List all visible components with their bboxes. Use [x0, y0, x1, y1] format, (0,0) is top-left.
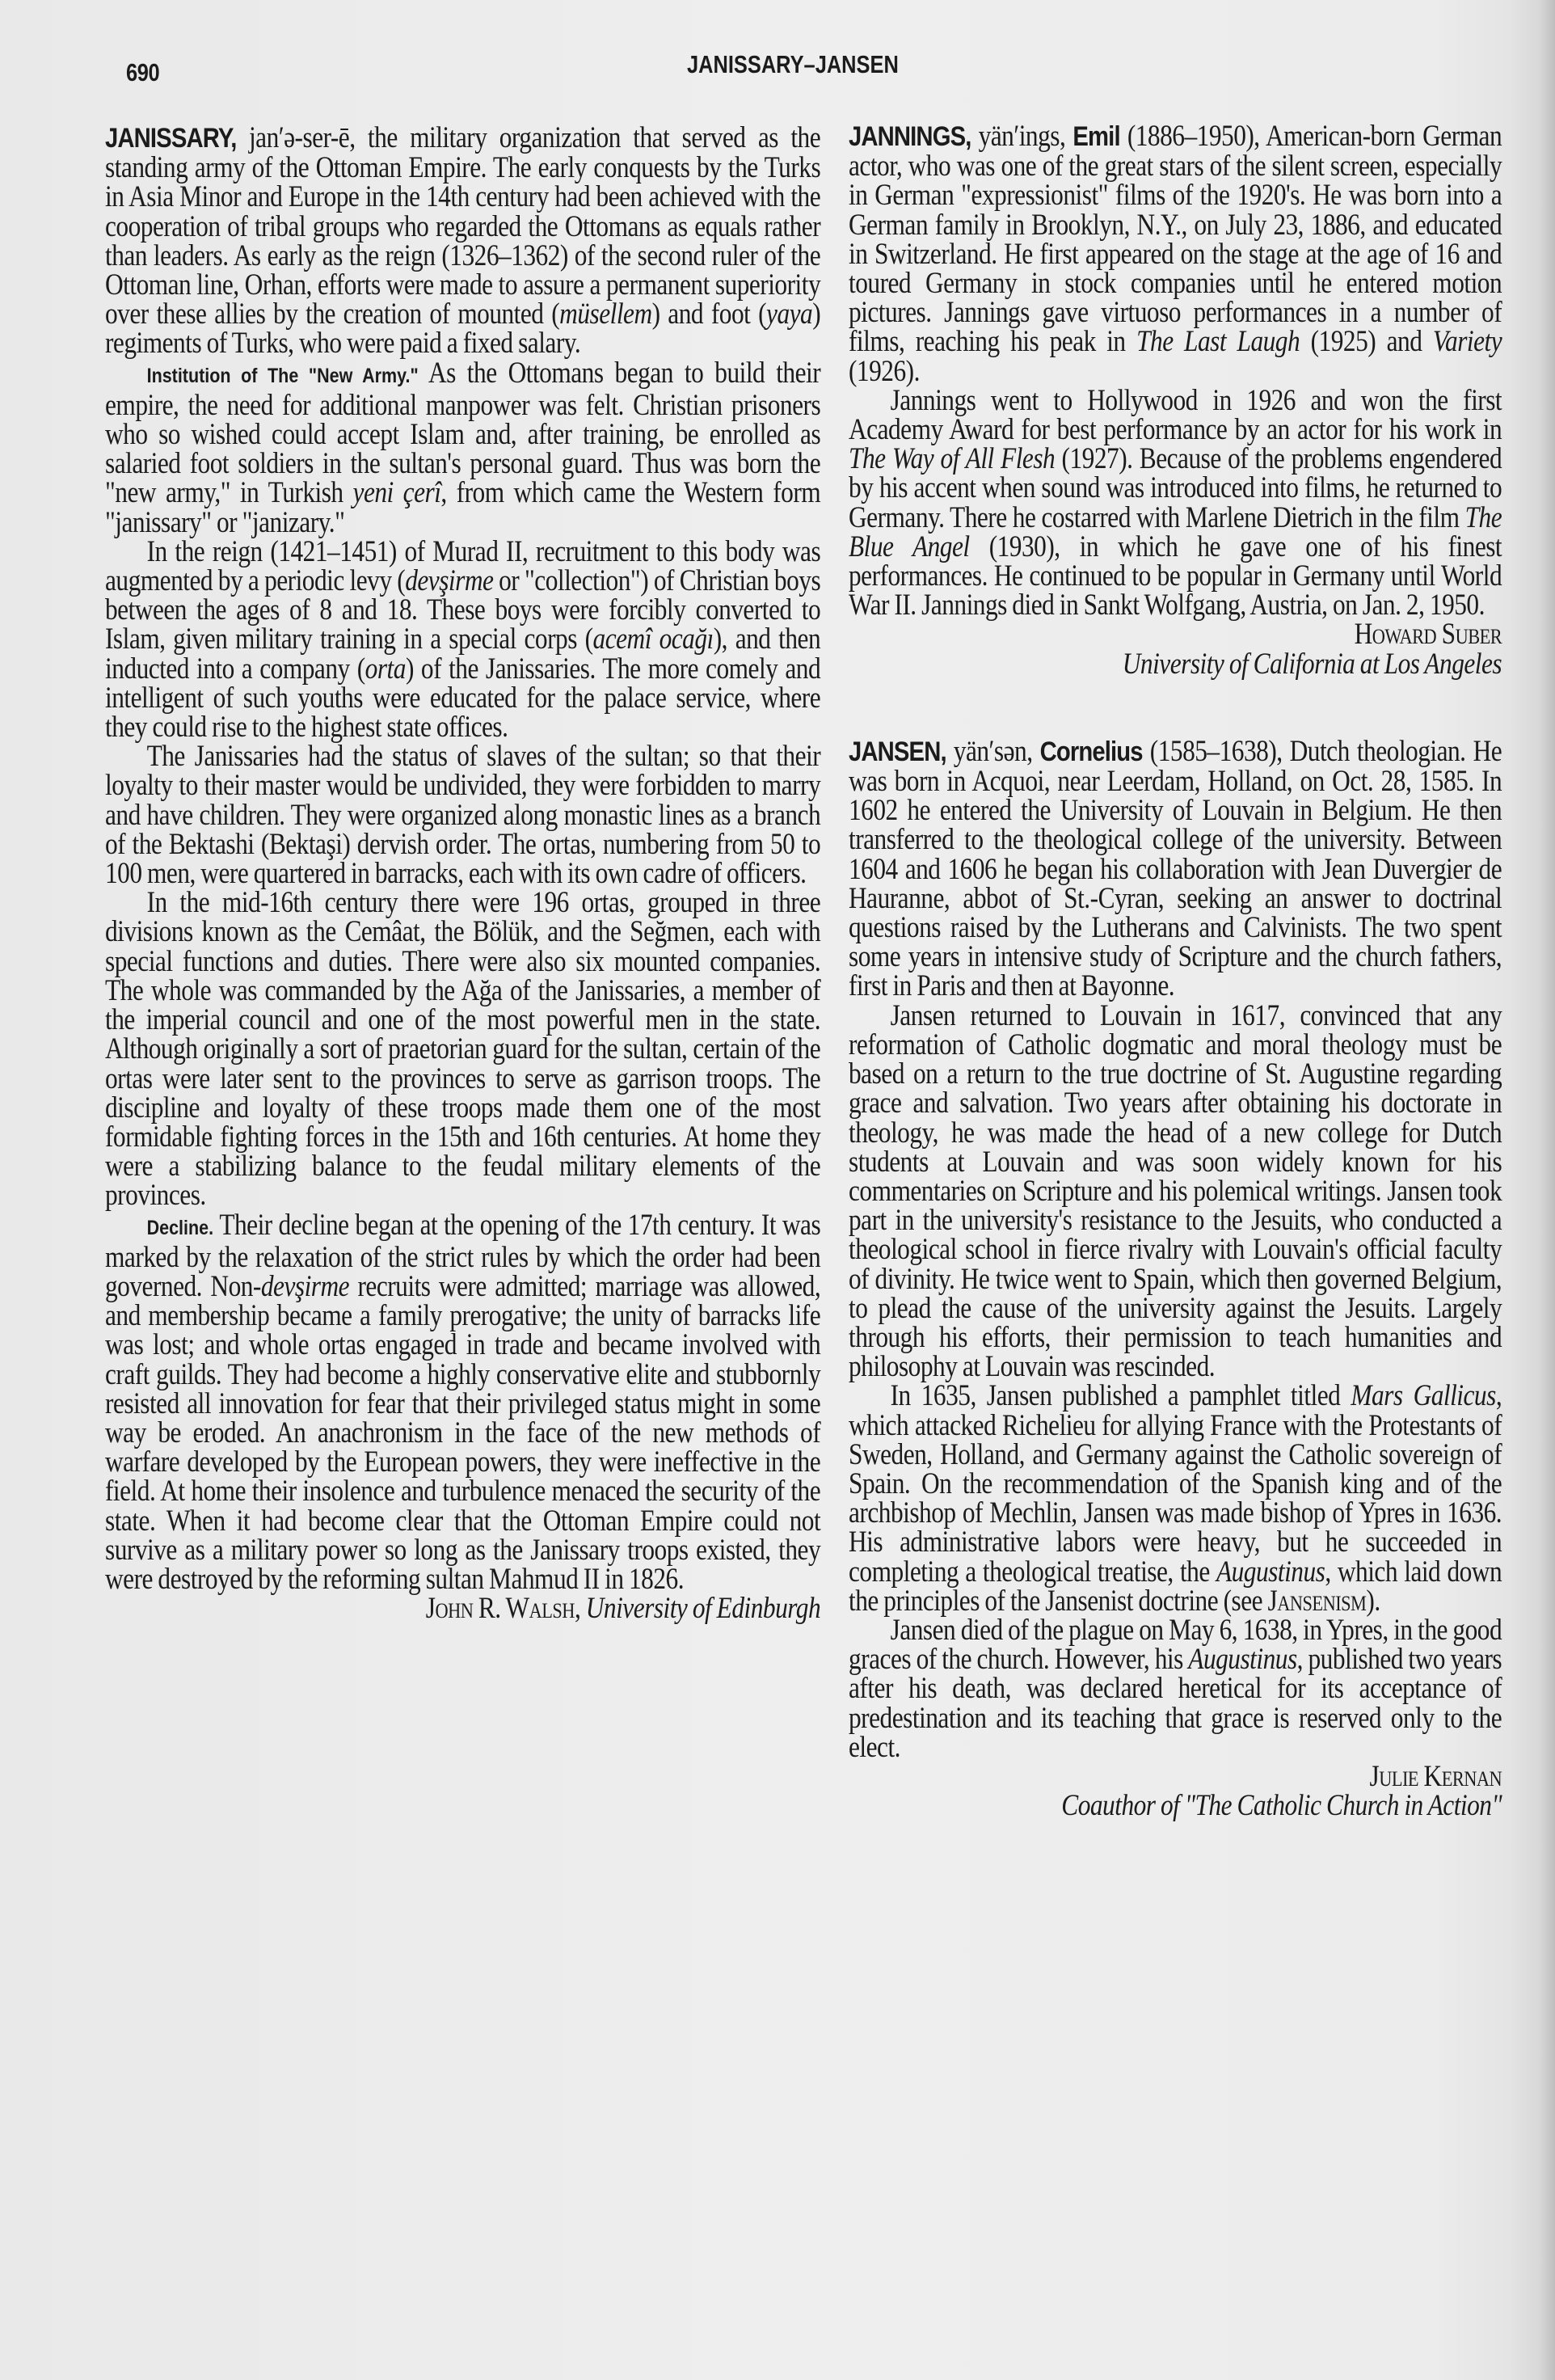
entry-janissary: JANISSARY, jan′ə-ser-ē, the military org… [105, 123, 820, 1623]
janissary-paragraph: The Janissaries had the status of slaves… [105, 741, 820, 888]
entry-spacer [849, 678, 1502, 736]
jansen-paragraph: Jansen died of the plague on May 6, 1638… [849, 1615, 1502, 1762]
jansen-paragraph: In 1635, Jansen published a pamphlet tit… [849, 1381, 1502, 1615]
body-text: ). [1366, 1584, 1380, 1617]
film-title: The Way of All Flesh [849, 441, 1055, 475]
jansen-paragraph: JANSEN, yän′sən, Cornelius (1585–1638), … [849, 736, 1502, 1001]
author-name-text: Julie Kernan [1370, 1759, 1502, 1792]
author-name: John R. Walsh [426, 1591, 575, 1624]
jannings-paragraph: Jannings went to Hollywood in 1926 and w… [849, 386, 1502, 620]
entry-jannings: JANNINGS, yän′ings, Emil (1886–1950), Am… [849, 121, 1502, 678]
janissary-section-decline: Decline. Their decline began at the open… [105, 1210, 820, 1594]
author-name: Howard Suber [849, 619, 1502, 648]
janissary-intro: JANISSARY, jan′ə-ser-ē, the military org… [105, 123, 820, 358]
author-affiliation-text: Coauthor of "The Catholic Church in Acti… [1061, 1788, 1502, 1821]
term: acemî ocağı [593, 622, 714, 655]
pronunciation: yän′ings, [971, 119, 1072, 152]
given-name: Emil [1072, 121, 1119, 152]
headword: JANSEN, [849, 736, 946, 767]
author-affiliation: University of Edinburgh [586, 1591, 820, 1624]
body-text: (1886–1950), American-born German actor,… [849, 119, 1502, 357]
term: müsellem [559, 297, 651, 330]
work-title: Augustinus [1216, 1555, 1325, 1588]
body-text: recruits were admitted; marriage was all… [105, 1269, 820, 1595]
running-head: JANISSARY–JANSEN [687, 50, 899, 79]
work-title: Mars Gallicus [1351, 1378, 1495, 1412]
work-title: Augustinus [1188, 1642, 1296, 1675]
given-name: Cornelius [1040, 736, 1143, 767]
body-text: (1926). [849, 354, 920, 387]
cross-reference-link[interactable]: Jansenism [1268, 1584, 1367, 1617]
author-affiliation: Coauthor of "The Catholic Church in Acti… [849, 1791, 1502, 1820]
term: devşirme [261, 1269, 349, 1302]
body-text: (1585–1638), Dutch theologian. He was bo… [849, 734, 1502, 1002]
term: yaya [766, 297, 812, 330]
pronunciation: jan′ə-ser-ē, [237, 120, 368, 154]
section-heading: Institution of The "New Army." [147, 365, 419, 387]
author-affiliation-text: University of California at Los Angeles [1123, 647, 1502, 680]
janissary-paragraph: In the reign (1421–1451) of Murad II, re… [105, 537, 820, 741]
left-column: JANISSARY, jan′ə-ser-ē, the military org… [105, 123, 820, 1623]
headword: JANISSARY, [105, 123, 237, 154]
jansen-paragraph: Jansen returned to Louvain in 1617, conv… [849, 1001, 1502, 1382]
author-signature: John R. Walsh, University of Edinburgh [105, 1593, 820, 1623]
term: yeni çerî [353, 475, 441, 508]
headword: JANNINGS, [849, 121, 971, 152]
body-text: In 1635, Jansen published a pamphlet tit… [891, 1378, 1351, 1412]
film-title: The Last Laugh [1136, 324, 1300, 357]
author-affiliation: University of California at Los Angeles [849, 649, 1502, 678]
jannings-paragraph: JANNINGS, yän′ings, Emil (1886–1950), Am… [849, 121, 1502, 386]
term: orta [365, 652, 406, 685]
encyclopedia-page: 690 JANISSARY–JANSEN JANISSARY, jan′ə-se… [0, 0, 1555, 2380]
term: devşirme [405, 563, 493, 597]
section-heading: Decline. [147, 1217, 213, 1239]
body-text: Jannings went to Hollywood in 1926 and w… [849, 383, 1502, 445]
entry-jansen: JANSEN, yän′sən, Cornelius (1585–1638), … [849, 736, 1502, 1821]
author-name-text: Howard Suber [1355, 617, 1502, 650]
right-column: JANNINGS, yän′ings, Emil (1886–1950), Am… [849, 121, 1502, 1820]
body-text: ) and foot ( [652, 297, 766, 330]
pronunciation: yän′sən, [946, 734, 1040, 767]
janissary-section-new-army: Institution of The "New Army." As the Ot… [105, 358, 820, 537]
janissary-paragraph: In the mid-16th century there were 196 o… [105, 888, 820, 1209]
film-title: Variety [1433, 324, 1502, 357]
page-number: 690 [126, 58, 159, 87]
body-text: (1925) and [1300, 324, 1433, 357]
author-name: Julie Kernan [849, 1762, 1502, 1791]
